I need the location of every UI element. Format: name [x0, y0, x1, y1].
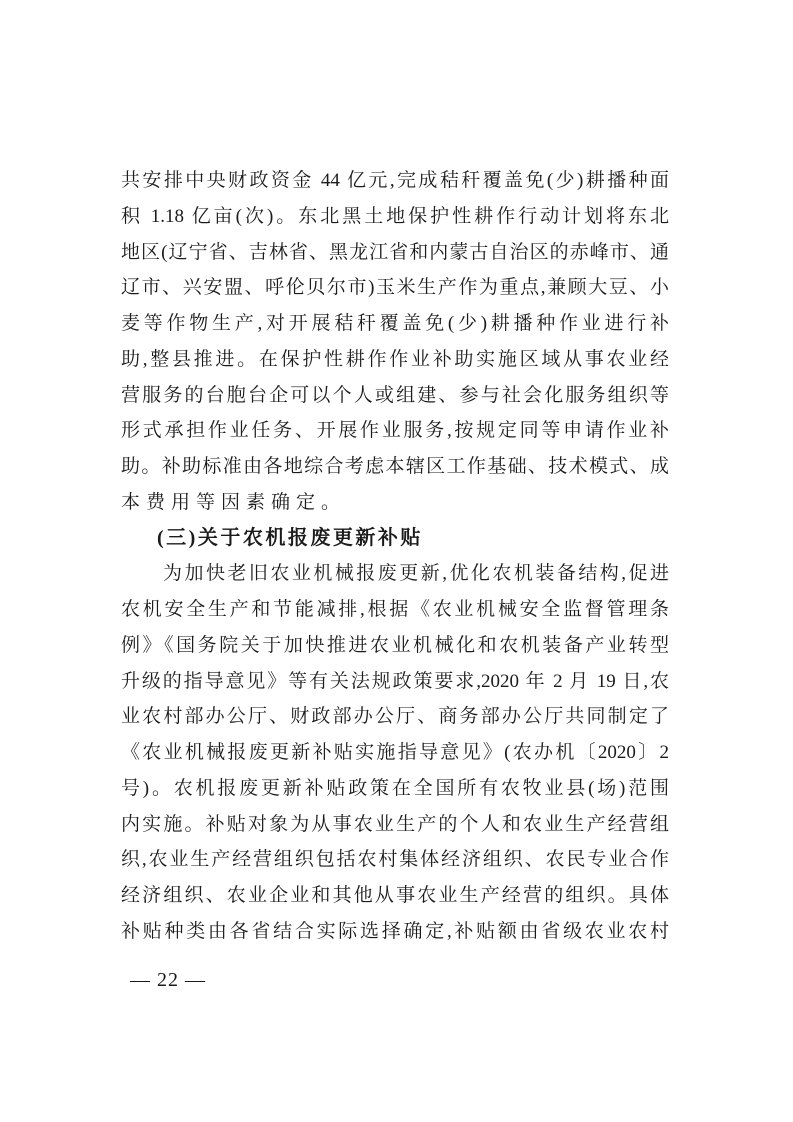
body-line: 共安排中央财政资金 44 亿元,完成秸秆覆盖免(少)耕播种面 — [121, 163, 669, 199]
body-line: 营服务的台胞台企可以个人或组建、参与社会化服务组织等 — [121, 378, 669, 414]
section-heading: (三)关于农机报废更新补贴 — [121, 521, 669, 557]
body-line: 形式承担作业任务、开展作业服务,按规定同等申请作业补 — [121, 413, 669, 449]
body-line: 助,整县推进。在保护性耕作作业补助实施区域从事农业经 — [121, 342, 669, 378]
body-line: 辽市、兴安盟、呼伦贝尔市)玉米生产作为重点,兼顾大豆、小 — [121, 270, 669, 306]
body-line: 经济组织、农业企业和其他从事农业生产经营的组织。具体 — [121, 878, 669, 914]
body-line: 织,农业生产经营组织包括农村集体经济组织、农民专业合作 — [121, 842, 669, 878]
document-page: 共安排中央财政资金 44 亿元,完成秸秆覆盖免(少)耕播种面 积 1.18 亿亩… — [0, 0, 793, 1122]
body-line: 助。补助标准由各地综合考虑本辖区工作基础、技术模式、成 — [121, 449, 669, 485]
page-footer: — 22 — — [130, 969, 206, 992]
body-line: 麦等作物生产,对开展秸秆覆盖免(少)耕播种作业进行补 — [121, 306, 669, 342]
body-line: 内实施。补贴对象为从事农业生产的个人和农业生产经营组 — [121, 807, 669, 843]
body-line: 农机安全生产和节能减排,根据《农业机械安全监督管理条 — [121, 592, 669, 628]
body-line: 为加快老旧农业机械报废更新,优化农机装备结构,促进 — [121, 556, 669, 592]
text-block: 共安排中央财政资金 44 亿元,完成秸秆覆盖免(少)耕播种面 积 1.18 亿亩… — [121, 163, 669, 950]
body-line: 号)。农机报废更新补贴政策在全国所有农牧业县(场)范围 — [121, 771, 669, 807]
page-number: — 22 — — [130, 969, 206, 991]
body-line: 业农村部办公厅、财政部办公厅、商务部办公厅共同制定了 — [121, 699, 669, 735]
body-line: 积 1.18 亿亩(次)。东北黑土地保护性耕作行动计划将东北 — [121, 199, 669, 235]
body-line: 补贴种类由各省结合实际选择确定,补贴额由省级农业农村 — [121, 914, 669, 950]
body-line: 《农业机械报废更新补贴实施指导意见》(农办机〔2020〕2 — [121, 735, 669, 771]
paragraph-2: 为加快老旧农业机械报废更新,优化农机装备结构,促进 农机安全生产和节能减排,根据… — [121, 556, 669, 949]
body-line: 升级的指导意见》等有关法规政策要求,2020 年 2 月 19 日,农 — [121, 664, 669, 700]
paragraph-1: 共安排中央财政资金 44 亿元,完成秸秆覆盖免(少)耕播种面 积 1.18 亿亩… — [121, 163, 669, 521]
body-line: 地区(辽宁省、吉林省、黑龙江省和内蒙古自治区的赤峰市、通 — [121, 235, 669, 271]
body-line: 本费用等因素确定。 — [121, 485, 669, 521]
body-line: 例》《国务院关于加快推进农业机械化和农机装备产业转型 — [121, 628, 669, 664]
